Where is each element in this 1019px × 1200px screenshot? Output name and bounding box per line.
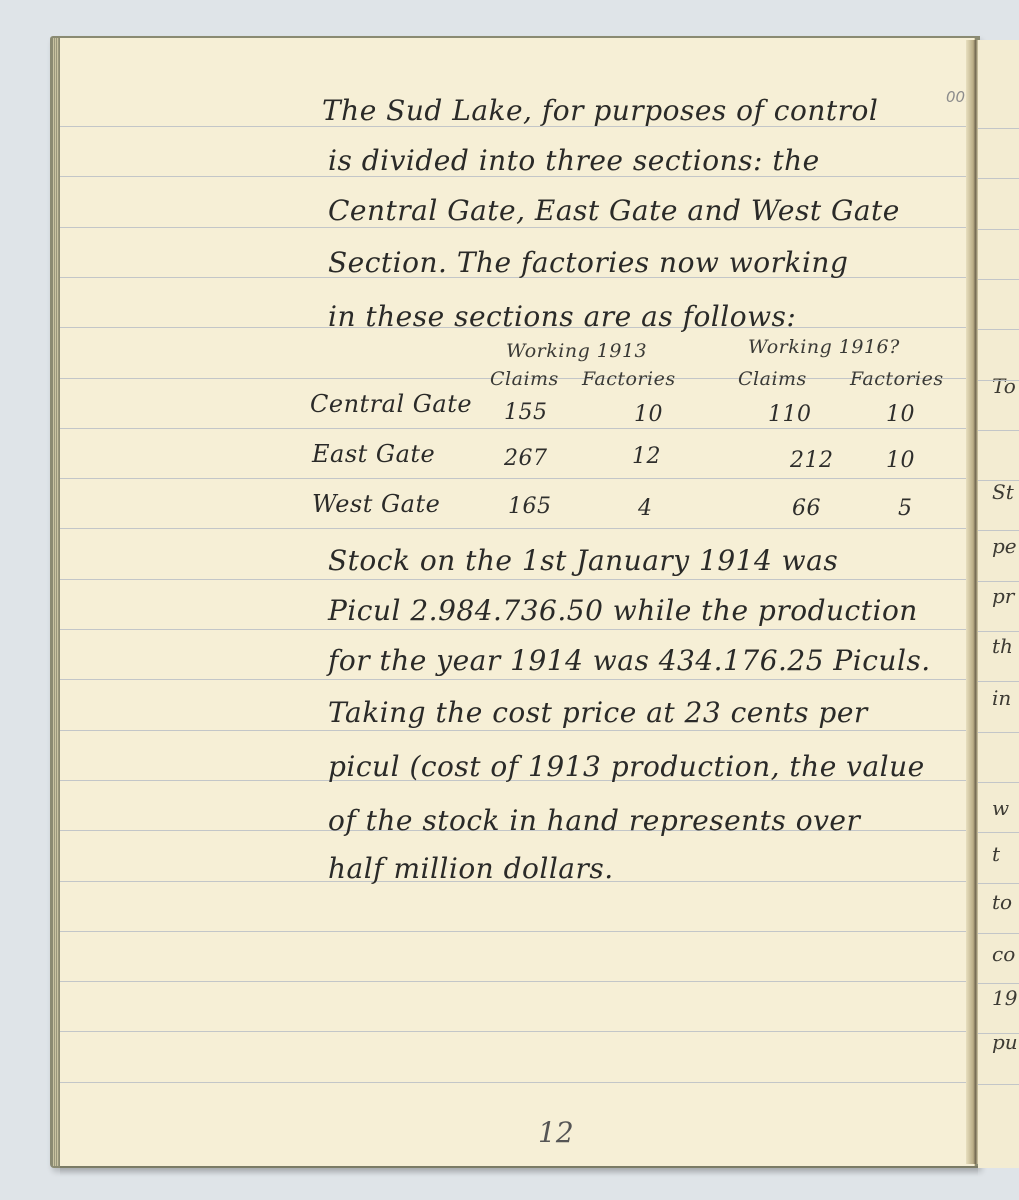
text-line: Section. The factories now working bbox=[328, 246, 848, 279]
next-page-text-fragment: in bbox=[992, 686, 1011, 710]
table-cell: 165 bbox=[508, 494, 552, 519]
ruled-line bbox=[978, 883, 1019, 884]
table-column-header: Claims bbox=[738, 368, 807, 390]
table-cell: 12 bbox=[632, 444, 661, 469]
table-cell: 212 bbox=[790, 448, 834, 473]
next-page-text-fragment: pe bbox=[992, 534, 1017, 558]
notebook-page: 0016 The Sud Lake, for purposes of contr… bbox=[60, 38, 975, 1166]
ruled-line bbox=[978, 329, 1019, 330]
next-page-text-fragment: co bbox=[992, 942, 1015, 966]
table-cell: 10 bbox=[886, 448, 915, 473]
ruled-line bbox=[60, 428, 974, 429]
ruled-line bbox=[978, 178, 1019, 179]
next-page-text-fragment: To bbox=[992, 374, 1016, 398]
text-line: The Sud Lake, for purposes of control bbox=[322, 94, 878, 127]
ruled-line bbox=[978, 933, 1019, 934]
table-column-header: Factories bbox=[582, 368, 676, 390]
ruled-line bbox=[978, 1084, 1019, 1085]
table-column-header: Claims bbox=[490, 368, 559, 390]
text-line: for the year 1914 was 434.176.25 Piculs. bbox=[328, 644, 931, 677]
ruled-line bbox=[60, 629, 974, 630]
ruled-line bbox=[60, 478, 974, 479]
text-line: picul (cost of 1913 production, the valu… bbox=[328, 750, 925, 783]
ruled-line bbox=[978, 631, 1019, 632]
next-page-text-fragment: th bbox=[992, 634, 1013, 658]
ruled-line bbox=[978, 430, 1019, 431]
text-line: Central Gate, East Gate and West Gate bbox=[328, 194, 900, 227]
next-page-edge: ToStpeprthinwttoco19pu bbox=[978, 40, 1019, 1168]
ruled-line bbox=[978, 782, 1019, 783]
text-line: Taking the cost price at 23 cents per bbox=[328, 696, 868, 729]
next-page-text-fragment: pr bbox=[992, 584, 1014, 608]
next-page-text-fragment: t bbox=[992, 842, 1000, 866]
ruled-line bbox=[60, 931, 974, 932]
ruled-line bbox=[978, 581, 1019, 582]
text-line: in these sections are as follows: bbox=[328, 300, 796, 333]
ruled-line bbox=[978, 229, 1019, 230]
page-shadow bbox=[60, 1166, 978, 1176]
text-line: half million dollars. bbox=[328, 852, 614, 885]
ruled-line bbox=[978, 279, 1019, 280]
text-line: is divided into three sections: the bbox=[328, 144, 820, 177]
ruled-line bbox=[978, 681, 1019, 682]
table-row-label: East Gate bbox=[312, 440, 435, 468]
ruled-line bbox=[60, 981, 974, 982]
ruled-line bbox=[978, 983, 1019, 984]
ruled-line bbox=[978, 832, 1019, 833]
ruled-line bbox=[978, 1033, 1019, 1034]
table-cell: 4 bbox=[638, 496, 653, 521]
ruled-line bbox=[978, 128, 1019, 129]
table-cell: 155 bbox=[504, 400, 548, 425]
next-page-text-fragment: 19 bbox=[992, 986, 1017, 1010]
ruled-line bbox=[60, 679, 974, 680]
page-gutter bbox=[966, 40, 978, 1164]
text-line: of the stock in hand represents over bbox=[328, 804, 860, 837]
table-group-header-1916: Working 1916? bbox=[748, 336, 900, 358]
ruled-line bbox=[978, 480, 1019, 481]
ruled-line bbox=[978, 530, 1019, 531]
text-line: Picul 2.984.736.50 while the production bbox=[328, 594, 918, 627]
ruled-line bbox=[60, 730, 974, 731]
table-cell: 110 bbox=[768, 402, 812, 427]
ruled-line bbox=[60, 1031, 974, 1032]
ruled-line bbox=[60, 528, 974, 529]
table-row-label: West Gate bbox=[312, 490, 440, 518]
ruled-line bbox=[978, 380, 1019, 381]
table-group-header-1913: Working 1913 bbox=[506, 340, 647, 362]
table-cell: 5 bbox=[898, 496, 913, 521]
page-number: 12 bbox=[538, 1116, 574, 1149]
table-cell: 10 bbox=[634, 402, 663, 427]
text-line: Stock on the 1st January 1914 was bbox=[328, 544, 838, 577]
ruled-line bbox=[978, 732, 1019, 733]
table-cell: 267 bbox=[504, 446, 548, 471]
table-cell: 10 bbox=[886, 402, 915, 427]
next-page-text-fragment: w bbox=[992, 796, 1009, 820]
table-column-header: Factories bbox=[850, 368, 944, 390]
ruled-line bbox=[60, 579, 974, 580]
table-row-label: Central Gate bbox=[310, 390, 472, 418]
table-cell: 66 bbox=[792, 496, 821, 521]
ruled-line bbox=[60, 1082, 974, 1083]
next-page-text-fragment: to bbox=[992, 890, 1012, 914]
next-page-text-fragment: St bbox=[992, 480, 1014, 504]
